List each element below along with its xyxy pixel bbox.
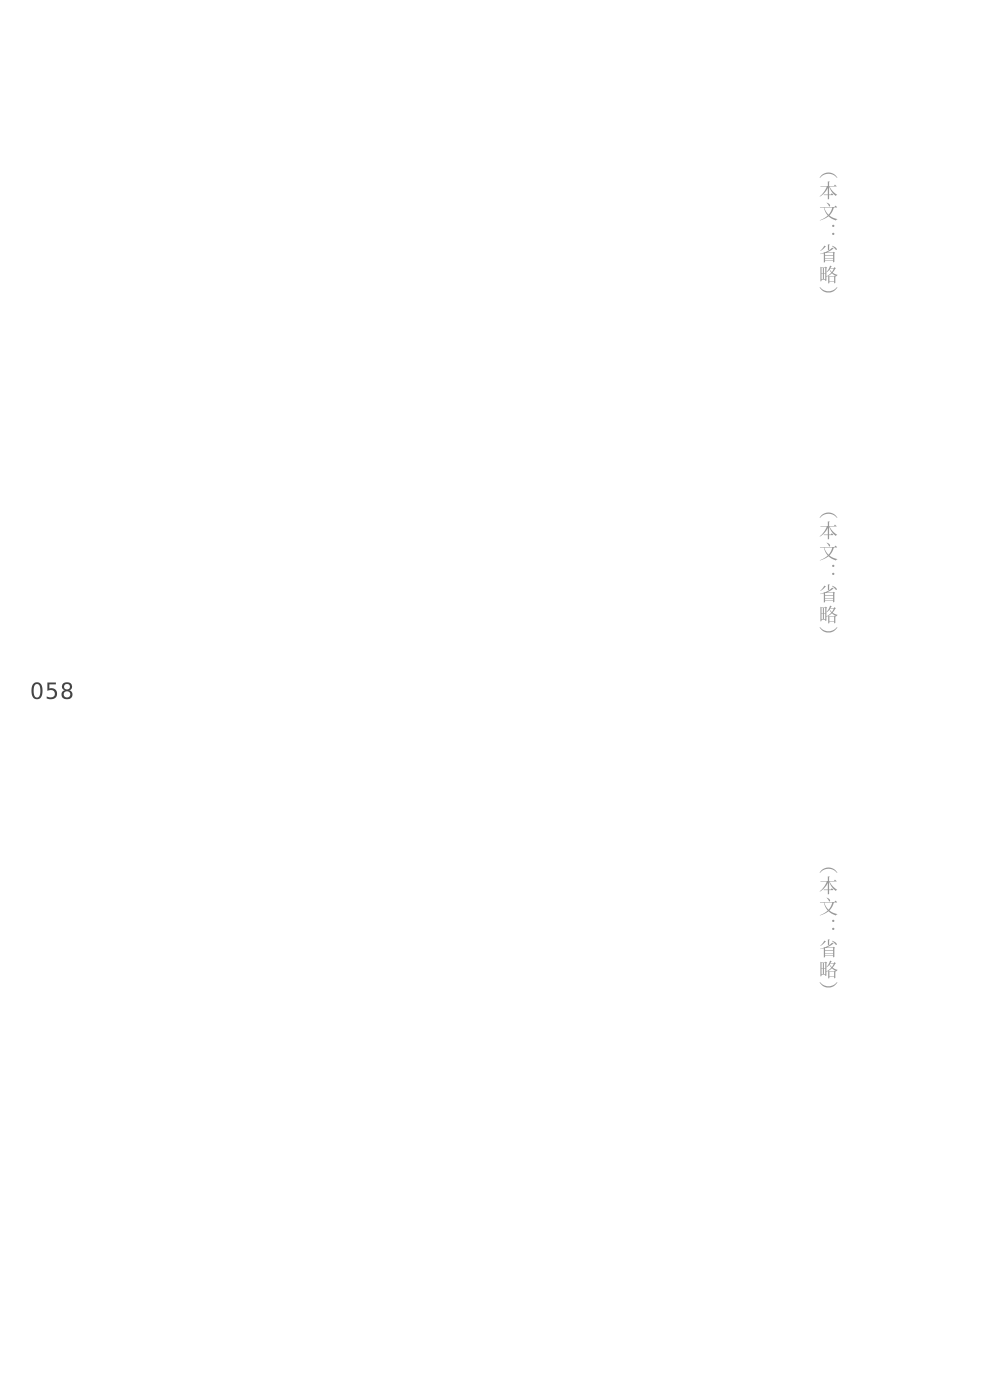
page-number: 058	[30, 680, 75, 705]
text-tier-2: （本文：省略）	[143, 500, 843, 830]
tier-text: （本文：省略）	[810, 500, 843, 830]
tier-text: （本文：省略）	[810, 855, 843, 1185]
text-tier-3: （本文：省略）	[143, 855, 843, 1185]
tier-text: （本文：省略）	[810, 160, 843, 490]
text-tier-1: （本文：省略）	[143, 160, 843, 490]
